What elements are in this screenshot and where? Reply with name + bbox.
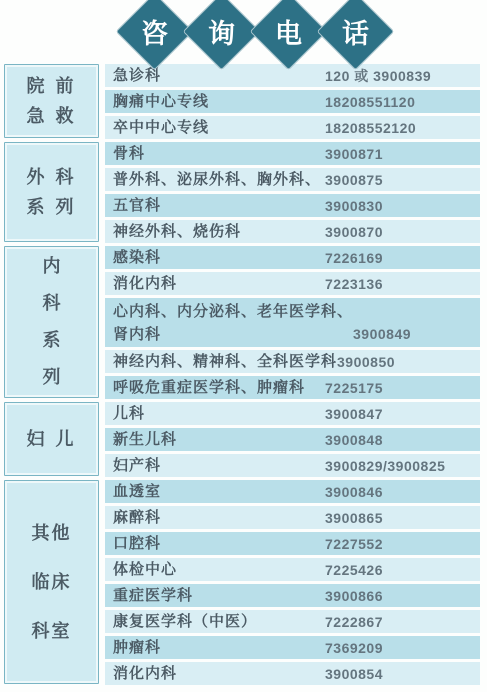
department-cell: 骨科 — [105, 142, 325, 165]
sidebar-group-pre-hospital-emergency: 院 前 急 救 — [4, 64, 99, 138]
department-cell: 胸痛中心专线 — [105, 90, 325, 113]
sidebar-group-women-children: 妇 儿 — [4, 402, 99, 476]
title-diamond-1: 咨 — [116, 0, 194, 70]
department-cell: 妇产科 — [105, 454, 325, 477]
sidebar-group-label: 妇 儿 — [26, 429, 76, 449]
phone-cell: 18208552120 — [325, 120, 480, 136]
sidebar-group-surgery-series: 外 科 系 列 — [4, 142, 99, 242]
title-diamond-3: 电 — [250, 0, 328, 70]
phone-cell: 3900848 — [325, 432, 480, 448]
phone-cell: 7226169 — [325, 250, 480, 266]
phone-cell: 7222867 — [325, 614, 480, 630]
phone-cell: 3900829/3900825 — [325, 458, 480, 474]
department-cell: 消化内科 — [105, 272, 325, 295]
sidebar-group-label: 其他 临床 科室 — [32, 509, 72, 656]
table-row-internal-medicine-series: 心内科、内分泌科、老年医学科、 肾内科 3900849 — [105, 298, 480, 347]
phone-directory-page: 咨 询 电 话 院 前 急 救 外 科 系 列 内 科 系 列 妇 儿 其他 临… — [0, 0, 487, 692]
department-cell: 康复医学科（中医） — [105, 610, 325, 633]
table-row-internal-medicine-series: 呼吸危重症医学科、肿瘤科 7225175 — [105, 376, 480, 399]
table-row-pre-hospital-emergency: 急诊科 120 或 3900839 — [105, 64, 480, 87]
department-cell: 神经内科、精神科、全科医学科 — [105, 350, 337, 373]
table-row-surgery-series: 骨科 3900871 — [105, 142, 480, 165]
table-row-other-clinical-departments: 血透室 3900846 — [105, 480, 480, 503]
department-cell: 卒中中心专线 — [105, 116, 325, 139]
department-cell: 新生儿科 — [105, 428, 325, 451]
table-row-internal-medicine-series: 消化内科 7223136 — [105, 272, 480, 295]
phone-cell: 3900866 — [325, 588, 480, 604]
table-row-other-clinical-departments: 消化内科 3900854 — [105, 662, 480, 685]
table-row-surgery-series: 五官科 3900830 — [105, 194, 480, 217]
department-cell: 重症医学科 — [105, 584, 325, 607]
phone-cell: 120 或 3900839 — [325, 66, 480, 86]
sidebar-group-label: 外 科 系 列 — [26, 162, 76, 222]
phone-cell: 7225426 — [325, 562, 480, 578]
phone-cell: 3900846 — [325, 484, 480, 500]
table-row-women-children: 儿科 3900847 — [105, 402, 480, 425]
phone-cell: 3900875 — [325, 172, 480, 188]
title-char: 话 — [342, 12, 369, 51]
title-diamond-2: 询 — [183, 0, 261, 70]
sidebar-group-other-clinical-departments: 其他 临床 科室 — [4, 480, 99, 684]
department-cell: 麻醉科 — [105, 506, 325, 529]
department-cell: 体检中心 — [105, 558, 325, 581]
table-row-other-clinical-departments: 口腔科 7227552 — [105, 532, 480, 555]
department-cell: 五官科 — [105, 194, 325, 217]
table-row-surgery-series: 神经外科、烧伤科 3900870 — [105, 220, 480, 243]
department-cell: 儿科 — [105, 402, 325, 425]
directory-body: 院 前 急 救 外 科 系 列 内 科 系 列 妇 儿 其他 临床 科室 急诊科… — [0, 64, 487, 688]
table-row-other-clinical-departments: 麻醉科 3900865 — [105, 506, 480, 529]
table-row-surgery-series: 普外科、泌尿外科、胸外科、 3900875 — [105, 168, 480, 191]
sidebar-group-internal-medicine-series: 内 科 系 列 — [4, 246, 99, 398]
sidebar: 院 前 急 救 外 科 系 列 内 科 系 列 妇 儿 其他 临床 科室 — [4, 64, 99, 688]
department-cell: 感染科 — [105, 246, 325, 269]
phone-cell: 7225175 — [325, 380, 480, 396]
department-cell: 血透室 — [105, 480, 325, 503]
phone-cell: 3900854 — [325, 666, 480, 682]
department-cell: 神经外科、烧伤科 — [105, 220, 325, 243]
phone-cell: 3900871 — [325, 146, 480, 162]
table-row-other-clinical-departments: 体检中心 7225426 — [105, 558, 480, 581]
table-row-other-clinical-departments: 重症医学科 3900866 — [105, 584, 480, 607]
header: 咨 询 电 话 — [0, 0, 487, 64]
phone-cell: 3900847 — [325, 406, 480, 422]
table-row-pre-hospital-emergency: 卒中中心专线 18208552120 — [105, 116, 480, 139]
phone-cell: 3900849 — [353, 322, 480, 347]
phone-cell: 7223136 — [325, 276, 480, 292]
sidebar-group-label: 内 科 系 列 — [43, 248, 61, 396]
table-row-pre-hospital-emergency: 胸痛中心专线 18208551120 — [105, 90, 480, 113]
table-row-internal-medicine-series: 感染科 7226169 — [105, 246, 480, 269]
phone-table: 急诊科 120 或 3900839 胸痛中心专线 18208551120 卒中中… — [105, 64, 480, 688]
phone-cell: 7227552 — [325, 536, 480, 552]
phone-cell: 3900865 — [325, 510, 480, 526]
department-cell: 肿瘤科 — [105, 636, 325, 659]
phone-cell: 3900830 — [325, 198, 480, 214]
phone-cell: 3900870 — [325, 224, 480, 240]
title-char: 咨 — [141, 12, 168, 51]
department-cell: 普外科、泌尿外科、胸外科、 — [105, 168, 325, 191]
department-cell: 呼吸危重症医学科、肿瘤科 — [105, 376, 325, 399]
title-char: 电 — [275, 12, 302, 51]
department-cell: 消化内科 — [105, 662, 325, 685]
table-row-internal-medicine-series: 神经内科、精神科、全科医学科 3900850 — [105, 350, 480, 373]
department-cell: 口腔科 — [105, 532, 325, 555]
sidebar-group-label: 院 前 急 救 — [26, 71, 76, 131]
table-row-women-children: 新生儿科 3900848 — [105, 428, 480, 451]
title-char: 询 — [208, 12, 235, 51]
table-row-other-clinical-departments: 康复医学科（中医） 7222867 — [105, 610, 480, 633]
table-row-other-clinical-departments: 肿瘤科 7369209 — [105, 636, 480, 659]
department-cell: 心内科、内分泌科、老年医学科、 肾内科 — [105, 300, 353, 346]
phone-cell: 7369209 — [325, 640, 480, 656]
phone-cell: 18208551120 — [325, 94, 480, 110]
table-row-women-children: 妇产科 3900829/3900825 — [105, 454, 480, 477]
department-cell: 急诊科 — [105, 64, 325, 87]
title-diamond-4: 话 — [317, 0, 395, 70]
phone-cell: 3900850 — [337, 354, 480, 370]
